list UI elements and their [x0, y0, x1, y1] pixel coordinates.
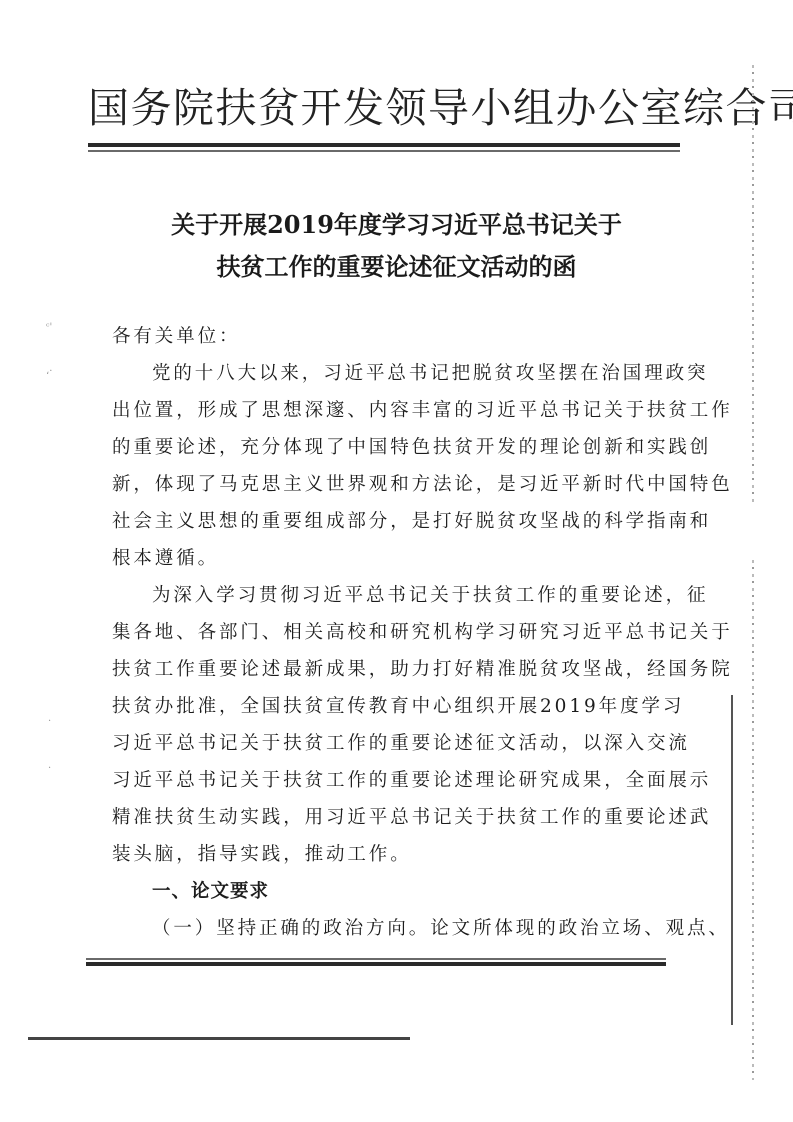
- paragraph-2-line: 精准扶贫生动实践，用习近平总书记关于扶贫工作的重要论述武: [112, 799, 684, 836]
- paragraph-1-line: 的重要论述，充分体现了中国特色扶贫开发的理论创新和实践创: [112, 429, 684, 466]
- scan-mark: ،·: [46, 366, 52, 377]
- salutation: 各有关单位：: [112, 318, 684, 355]
- scan-mark: ·: [48, 716, 51, 727]
- scan-mark: ᶜ': [46, 322, 52, 333]
- document-title-line-1: 关于开展2019年度学习习近平总书记关于: [100, 205, 693, 245]
- footer-rule-thick: [86, 962, 666, 966]
- paragraph-2-line: 扶贫办批准，全国扶贫宣传教育中心组织开展2019年度学习: [112, 688, 684, 725]
- scan-edge-rule: [28, 1037, 410, 1040]
- scan-edge-speckle: [752, 560, 754, 1080]
- paragraph-2-line: 装头脑，指导实践，推动工作。: [112, 836, 684, 873]
- paragraph-1-line: 新，体现了马克思主义世界观和方法论，是习近平新时代中国特色: [112, 466, 684, 503]
- scan-mark: ·: [48, 763, 51, 774]
- paragraph-1-line: 社会主义思想的重要组成部分，是打好脱贫攻坚战的科学指南和: [112, 503, 684, 540]
- paragraph-1-line: 出位置，形成了思想深邃、内容丰富的习近平总书记关于扶贫工作: [112, 392, 684, 429]
- section-heading: 一、论文要求: [112, 873, 684, 910]
- document-body: 各有关单位： 党的十八大以来，习近平总书记把脱贫攻坚摆在治国理政突 出位置，形成…: [112, 318, 684, 947]
- letterhead-rule-thin: [88, 150, 680, 152]
- paragraph-2-line: 习近平总书记关于扶贫工作的重要论述理论研究成果，全面展示: [112, 762, 684, 799]
- paragraph-2-line: 习近平总书记关于扶贫工作的重要论述征文活动，以深入交流: [112, 725, 684, 762]
- scan-edge-speckle: [752, 65, 754, 505]
- letterhead-organization: 国务院扶贫开发领导小组办公室综合司: [88, 78, 680, 138]
- scan-edge-line: [731, 695, 733, 1025]
- paragraph-2-line: 为深入学习贯彻习近平总书记关于扶贫工作的重要论述，征: [112, 577, 684, 614]
- paragraph-1-line: 党的十八大以来，习近平总书记把脱贫攻坚摆在治国理政突: [112, 355, 684, 392]
- footer-rule-thin: [86, 958, 666, 960]
- letterhead-rule-thick: [88, 143, 680, 147]
- subsection-line: （一）坚持正确的政治方向。论文所体现的政治立场、观点、: [112, 910, 684, 947]
- paragraph-2-line: 扶贫工作重要论述最新成果，助力打好精准脱贫攻坚战，经国务院: [112, 651, 684, 688]
- document-title-line-2: 扶贫工作的重要论述征文活动的函: [100, 247, 693, 287]
- paragraph-1-line: 根本遵循。: [112, 540, 684, 577]
- paragraph-2-line: 集各地、各部门、相关高校和研究机构学习研究习近平总书记关于: [112, 614, 684, 651]
